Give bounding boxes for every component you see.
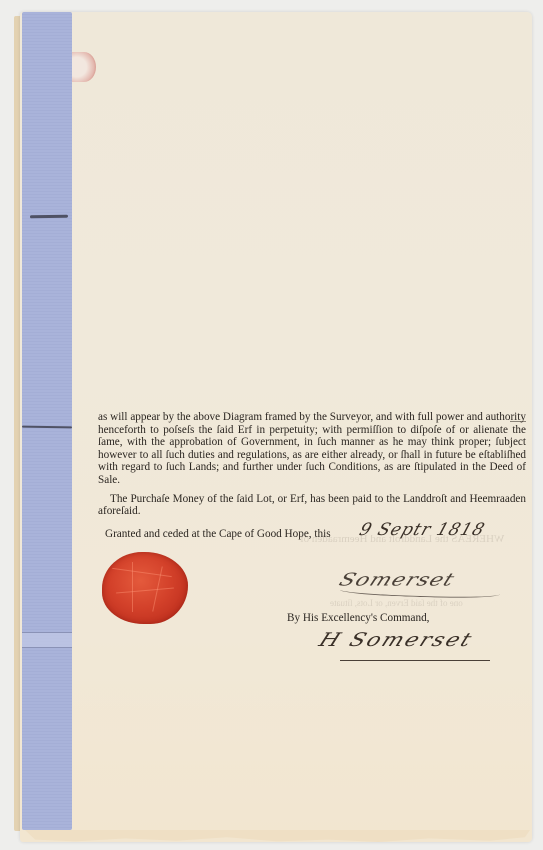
handwritten-date: 9 Septr 1818	[357, 520, 488, 540]
seal-crack	[112, 568, 172, 577]
seal-crack	[116, 587, 174, 593]
tear-mark	[30, 215, 68, 219]
secretary-signature: H Somerset	[316, 630, 477, 651]
tear-mark	[22, 426, 72, 429]
command-line: By His Excellency's Command,	[287, 612, 429, 624]
granted-line: Granted and ceded at the Cape of Good Ho…	[105, 528, 331, 540]
grant-conditions-paragraph: as will appear by the above Diagram fram…	[98, 411, 526, 487]
signature-underline	[340, 660, 490, 661]
spine-repair-patch	[22, 632, 72, 648]
blue-binding-strip	[22, 12, 72, 830]
deed-body-text: as will appear by the above Diagram fram…	[98, 411, 526, 518]
purchase-money-paragraph: The Purchaſe Money of the ſaid Lot, or E…	[98, 493, 526, 518]
seal-crack	[132, 562, 133, 612]
wax-seal	[102, 552, 188, 624]
bleed-through-text: one of the ſaid Erven, or Lots, ſituate	[330, 598, 463, 608]
red-seal-stain	[72, 52, 96, 82]
